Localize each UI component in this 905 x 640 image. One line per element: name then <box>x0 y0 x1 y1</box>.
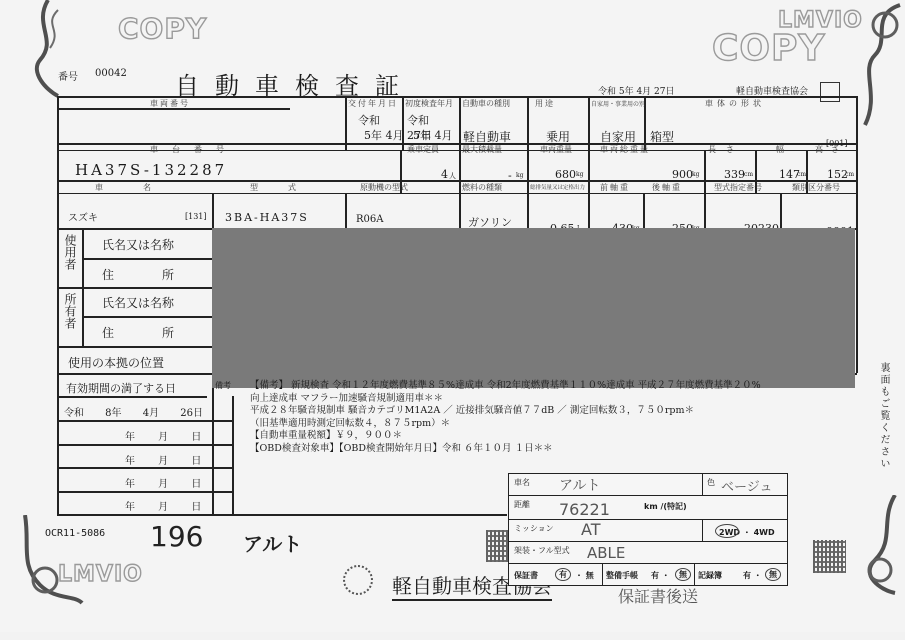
qr-code-icon <box>813 540 846 573</box>
chassis-number-label: 車台番号 <box>150 144 238 155</box>
length-value: 339 <box>724 168 745 181</box>
remarks-line: 平成２８年騒音規制車 騒音カテゴリM1A2A ／ 近接排気騒音値７７dB ／ 測… <box>250 405 761 418</box>
length-label: 長さ <box>708 144 744 155</box>
remarks-label: 備考 <box>215 380 231 391</box>
card-mission-value: AT <box>581 520 600 539</box>
expiry-blank-row: 年 月 日 <box>125 475 201 490</box>
gross-weight-label: 車両総重量 <box>600 144 650 155</box>
expiry-blank-row: 年 月 日 <box>125 452 201 467</box>
card-name-label: 車名 <box>514 477 530 488</box>
handwritten-name: アルト <box>243 528 302 557</box>
body-shape-label: 車体の形状 <box>705 98 765 109</box>
lmvio-watermark: LMVIO <box>58 562 143 587</box>
card-mission-label: ミッション <box>514 523 554 534</box>
handwritten-footnote: 保証書後送 <box>618 584 698 607</box>
width-unit: cm <box>797 171 806 178</box>
engine-model-label: 原動機の型式 <box>360 182 408 193</box>
expiry-blank-row: 年 月 日 <box>125 498 201 513</box>
first-registration-label: 初度検査年月 <box>405 98 453 109</box>
card-body-label: 架装・フル型式 <box>514 545 570 556</box>
vehicle-type-label: 自動車の種別 <box>462 98 510 109</box>
height-label: 高さ <box>815 144 847 155</box>
corner-ornament-icon <box>855 495 900 595</box>
model-value: 3BA-HA37S <box>225 211 309 224</box>
issue-date-era: 令和 <box>358 112 380 128</box>
body-shape-value: 箱型 <box>650 128 674 145</box>
capacity-value: 4 <box>441 168 448 181</box>
gross-weight-unit: kg <box>692 171 699 178</box>
remarks-line: 向上達成車 マフラー加速騒音規制適用車＊＊ <box>250 393 761 406</box>
redacted-area <box>212 228 855 388</box>
record-no-option: 無 <box>765 568 781 581</box>
warranty-no-option: ・ 無 <box>575 570 594 581</box>
displacement-label: 総排気量又は定格出力 <box>530 183 585 191</box>
expiry-blank-row: 年 月 日 <box>125 428 201 443</box>
form-code: OCR11-5086 <box>45 528 105 539</box>
association-logo-icon <box>343 565 373 595</box>
remarks-text: 【備考】 新規検査 令和１２年度燃費基準８５%達成車 令和2年度燃費基準１１０%… <box>250 380 761 455</box>
warranty-yes-option: 有 <box>555 568 571 581</box>
manual-yes-option: 有 ・ <box>651 570 670 581</box>
private-business-label: 自家用・事業用の別 <box>591 99 645 108</box>
qr-code-icon <box>486 530 508 562</box>
private-business-value: 自家用 <box>600 128 636 145</box>
type-designation-label: 型式指定番号 <box>714 182 762 193</box>
card-color-value: ベージュ <box>721 476 772 495</box>
owner-group-label: 所有者 <box>62 293 79 329</box>
user-address-label: 住所 <box>102 266 222 283</box>
card-record-label: 記録簿 <box>698 570 722 581</box>
remarks-line: （旧基準適用時測定回転数４，８７５rpm）＊ <box>250 418 761 431</box>
vehicle-weight-value: 680 <box>555 168 576 181</box>
card-body-value: ABLE <box>587 544 625 562</box>
maker-code: [131] <box>185 212 207 221</box>
gross-weight-value: 900 <box>672 168 693 181</box>
user-name-label: 氏名又は名称 <box>102 236 174 253</box>
owner-address-label: 住所 <box>102 324 222 341</box>
first-registration-value: 5年 4月 <box>413 127 453 143</box>
dealer-info-card: 車名 アルト 色 ベージュ 距離 76221 km /(特記) ミッション AT… <box>508 473 788 586</box>
base-location-label: 使用の本拠の位置 <box>68 354 164 371</box>
number-label: 番号 <box>58 68 78 83</box>
model-label: 型式 <box>250 182 326 193</box>
record-yes-option: 有 ・ <box>743 570 762 581</box>
maker-label: 車名 <box>95 182 191 193</box>
card-distance-label: 距離 <box>514 499 530 510</box>
first-registration-era: 令和 <box>407 112 429 128</box>
usage-label: 用途 <box>535 98 555 109</box>
fuel-label: 燃料の種類 <box>462 182 502 193</box>
copy-watermark: COPY <box>712 28 825 69</box>
front-axle-label: 前軸重 <box>600 182 630 193</box>
length-unit: cm <box>744 171 753 178</box>
chassis-number-value: HA37S-132287 <box>75 161 227 179</box>
expiry-label: 有効期間の満了する日 <box>66 380 176 396</box>
expiry-value: 令和 8年 4月 26日 <box>64 404 203 419</box>
remarks-line: 【OBD検査対象車】【OBD検査開始年月日】令和 ６年１０月 １日＊＊ <box>250 443 761 456</box>
engine-model-value: R06A <box>356 214 383 225</box>
vehicle-weight-label: 車両重量 <box>540 144 572 155</box>
usage-value: 乗用 <box>546 128 570 145</box>
remarks-line: 【備考】 新規検査 令和１２年度燃費基準８５%達成車 令和2年度燃費基準１１０%… <box>250 380 761 393</box>
maker-value: スズキ <box>68 209 98 224</box>
user-group-label: 使用者 <box>62 234 79 270</box>
copy-watermark: COPY <box>118 12 207 45</box>
issue-date-label: 交付年月日 <box>348 98 398 109</box>
see-reverse-note: 裏面もご覧ください <box>876 362 891 470</box>
rear-axle-label: 後軸重 <box>652 182 682 193</box>
card-color-label: 色 <box>707 477 715 488</box>
height-unit: cm <box>845 171 854 178</box>
lmvio-watermark: LMVIO <box>778 8 863 33</box>
max-load-label: 最大積載量 <box>462 144 502 155</box>
manual-no-option: 無 <box>675 568 691 581</box>
max-load-unit: kg <box>516 172 523 179</box>
card-name-value: アルト <box>559 475 600 495</box>
card-distance-value: 76221 <box>559 500 610 519</box>
vehicle-inspection-certificate: COPY COPY LMVIO LMVIO 番号 00042 自動車検査証 令和… <box>0 0 905 632</box>
max-load-value: - <box>508 169 512 182</box>
vehicle-weight-unit: kg <box>576 171 583 178</box>
remarks-line: 【自動車重量税額】￥９，９００＊ <box>250 430 761 443</box>
card-warranty-label: 保証書 <box>514 570 538 581</box>
capacity-label: 乗車定員 <box>407 144 439 155</box>
card-manual-label: 整備手帳 <box>606 570 638 581</box>
width-label: 幅 <box>776 144 786 155</box>
vehicle-number-label: 車両番号 <box>150 98 190 109</box>
vehicle-type-value: 軽自動車 <box>463 128 511 145</box>
category-number-label: 類別区分番号 <box>792 182 840 193</box>
handwritten-number: 196 <box>150 520 203 553</box>
corner-ornament-icon <box>28 0 88 100</box>
drive-selected-circle <box>715 524 739 538</box>
owner-name-label: 氏名又は名称 <box>102 294 174 311</box>
capacity-unit: 人 <box>449 171 456 181</box>
card-distance-unit: km /(特記) <box>644 501 687 512</box>
certificate-number: 00042 <box>95 68 127 79</box>
